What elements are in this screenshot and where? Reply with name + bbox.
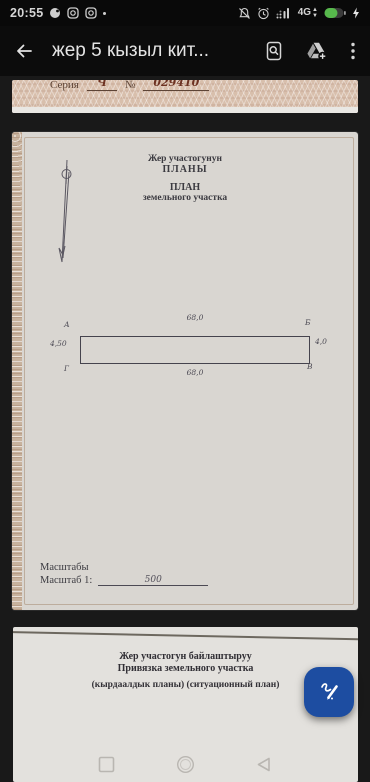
status-bar: 20:55	[0, 0, 370, 26]
instagram-icon	[85, 7, 97, 19]
page-edge	[12, 107, 358, 113]
home-button[interactable]	[176, 755, 195, 774]
number-sign: №	[125, 80, 136, 91]
network-type: 4G ▲▼	[298, 7, 318, 19]
signature-pen-icon	[316, 679, 342, 705]
left-width-label: 4,50	[50, 339, 67, 348]
series-label: Серия	[50, 80, 79, 91]
corner-label-g: Г	[64, 364, 69, 373]
scale-label: Масштаб 1:	[40, 575, 92, 586]
document-title: жер 5 кызыл кит...	[52, 40, 256, 62]
ornamental-border	[12, 132, 22, 610]
land-plot-rectangle	[80, 336, 310, 364]
alarm-icon	[257, 7, 270, 20]
situation-title-ky: Жер участогун байлаштыруу	[13, 651, 358, 662]
document-viewer[interactable]: Серия Ч № 029410 Жер участогунун ПЛАНЫ П…	[0, 76, 370, 782]
series-number: 029410	[143, 80, 209, 91]
android-nav-bar	[0, 755, 370, 774]
app-bar-actions	[264, 41, 356, 61]
phone-screen: 20:55	[0, 0, 370, 782]
home-circle-icon	[176, 755, 195, 774]
annotate-fab[interactable]	[304, 667, 354, 717]
overflow-menu-icon[interactable]	[350, 41, 356, 61]
north-arrow-drawing	[46, 158, 86, 274]
document-page-certificate[interactable]: Серия Ч № 029410	[12, 80, 358, 113]
recents-button[interactable]	[98, 756, 115, 773]
right-width-label: 4,0	[315, 337, 327, 346]
scale-value: 500	[98, 575, 208, 586]
mute-icon	[238, 7, 251, 20]
scale-heading: Масштабы	[40, 562, 208, 573]
status-bar-left: 20:55	[10, 6, 106, 20]
data-arrows-icon: ▲▼	[312, 7, 318, 19]
battery-icon	[324, 7, 346, 19]
app-bar: жер 5 кызыл кит...	[0, 26, 370, 76]
notification-dot	[103, 12, 106, 15]
top-length-label: 68,0	[80, 313, 310, 322]
back-triangle-icon	[256, 756, 272, 773]
scale-block: Масштабы Масштаб 1: 500	[40, 562, 208, 586]
page-edge-line	[13, 631, 358, 641]
charging-bolt-icon	[352, 7, 360, 19]
signal-icon	[276, 7, 292, 19]
back-nav-button[interactable]	[256, 756, 272, 773]
bottom-length-label: 68,0	[80, 368, 310, 377]
find-in-document-icon[interactable]	[264, 41, 284, 61]
status-bar-right: 4G ▲▼	[238, 7, 360, 20]
messenger-icon	[49, 7, 61, 19]
status-time: 20:55	[10, 6, 43, 20]
document-page-plan[interactable]: Жер участогунун ПЛАНЫ ПЛАН земельного уч…	[12, 132, 358, 610]
instagram-icon	[67, 7, 79, 19]
series-letter: Ч	[87, 80, 117, 91]
drive-add-icon[interactable]	[306, 41, 328, 61]
corner-label-a: А	[64, 320, 70, 329]
back-icon[interactable]	[14, 41, 34, 61]
recents-square-icon	[98, 756, 115, 773]
series-line: Серия Ч № 029410	[50, 80, 209, 91]
